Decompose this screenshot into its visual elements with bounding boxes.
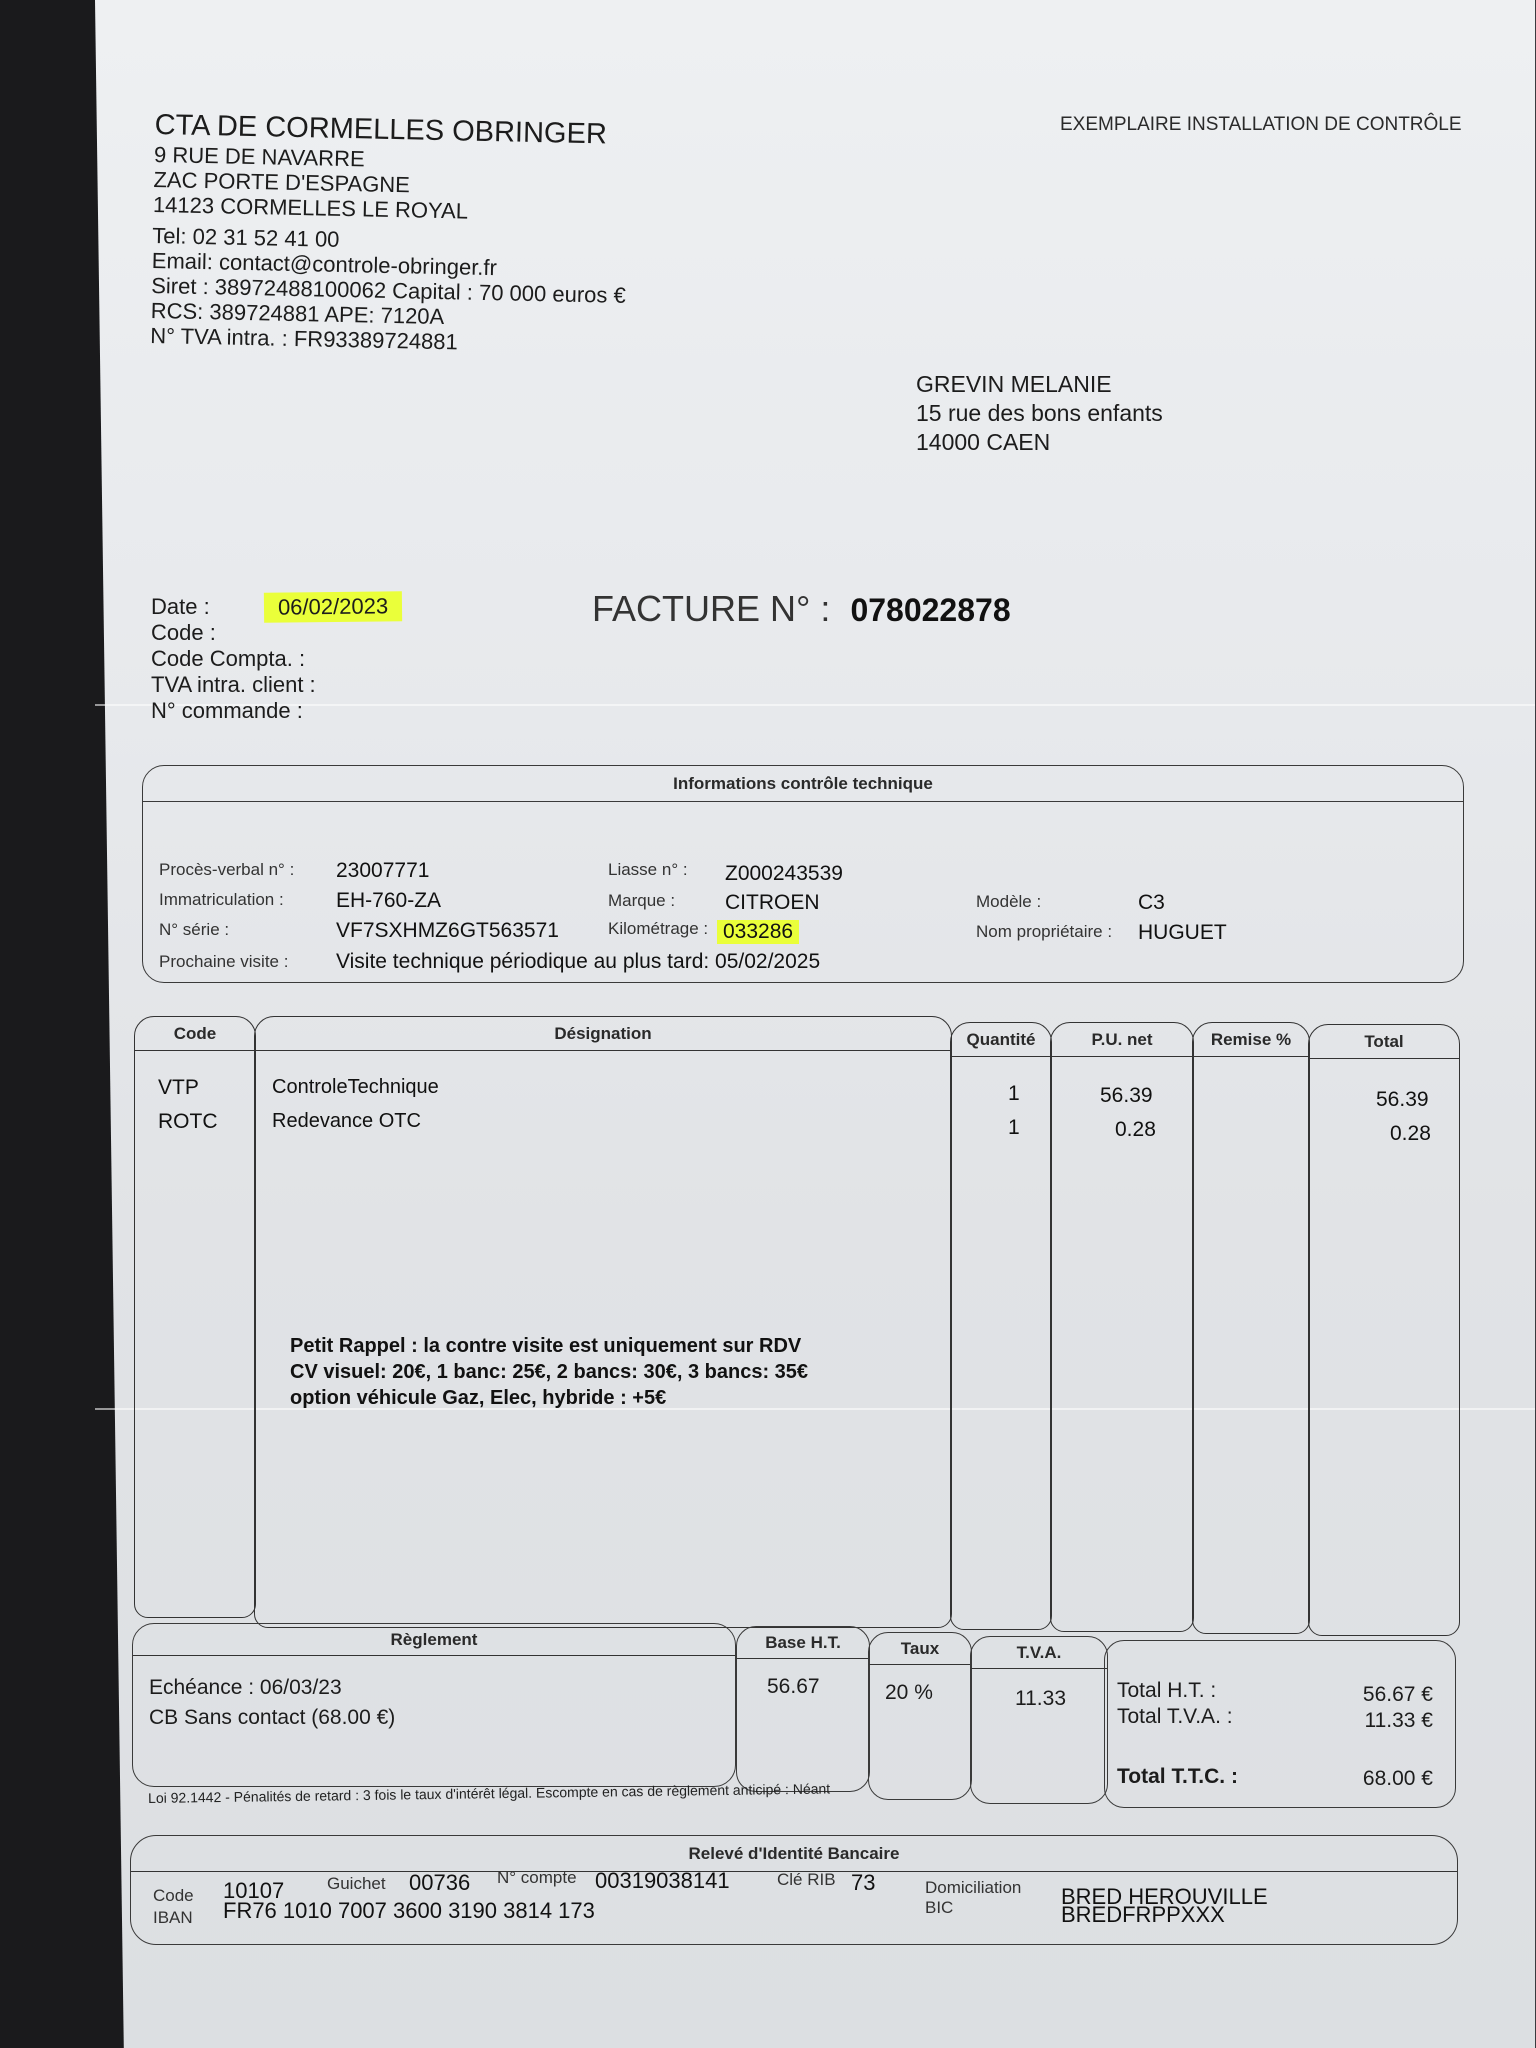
column-header-total: Total <box>1309 1025 1459 1059</box>
column-code: Code <box>134 1016 256 1618</box>
meta-tva-client-label: TVA intra. client : <box>151 672 402 698</box>
total-ht-label: Total H.T. : <box>1117 1679 1216 1703</box>
invoice-number: 078022878 <box>850 592 1010 628</box>
row-designation: ControleTechnique <box>272 1076 439 1099</box>
vehicle-info-box: Informations contrôle technique Procès-v… <box>142 765 1464 983</box>
modele-label: Modèle : <box>976 892 1041 912</box>
payment-due-date: Echéance : 06/03/23 <box>149 1676 342 1700</box>
proprio-label: Nom propriétaire : <box>976 922 1112 942</box>
payment-box: Règlement Echéance : 06/03/23 CB Sans co… <box>132 1623 736 1787</box>
total-ttc-label: Total T.T.C. : <box>1117 1765 1238 1789</box>
invoice-meta: Date : 06/02/2023 Code : Code Compta. : … <box>151 594 402 724</box>
rib-iban-label: IBAN <box>153 1908 193 1928</box>
copy-label: EXEMPLAIRE INSTALLATION DE CONTRÔLE <box>1060 114 1462 136</box>
totals-box: Total H.T. : 56.67 € Total T.V.A. : 11.3… <box>1104 1640 1456 1808</box>
modele-value: C3 <box>1138 891 1165 915</box>
rib-compte-label: N° compte <box>497 1868 577 1888</box>
total-tva-value: 11.33 € <box>1364 1709 1433 1733</box>
client-address: GREVIN MELANIE 15 rue des bons enfants 1… <box>916 370 1163 457</box>
taux-value: 20 % <box>885 1681 933 1705</box>
total-tva-label: Total T.V.A. : <box>1117 1705 1233 1729</box>
column-header-quantite: Quantité <box>951 1023 1051 1057</box>
rib-compte-value: 00319038141 <box>595 1868 730 1894</box>
tva-label: T.V.A. <box>971 1637 1107 1669</box>
row-designation: Redevance OTC <box>272 1110 421 1133</box>
column-quantite: Quantité <box>950 1022 1052 1630</box>
row-total: 56.39 <box>1376 1088 1429 1112</box>
liasse-value: Z000243539 <box>725 862 843 886</box>
client-street: 15 rue des bons enfants <box>916 399 1163 428</box>
immat-label: Immatriculation : <box>159 890 284 910</box>
row-quantite: 1 <box>1008 1116 1020 1140</box>
rib-guichet-label: Guichet <box>327 1874 386 1894</box>
date-label: Date : <box>151 594 210 620</box>
rib-cle-label: Clé RIB <box>777 1870 836 1890</box>
column-pu: P.U. net <box>1050 1022 1194 1632</box>
meta-code-compta-label: Code Compta. : <box>151 646 402 672</box>
next-visit-label: Prochaine visite : <box>159 952 288 972</box>
immat-value: EH-760-ZA <box>336 889 441 913</box>
note-line: Petit Rappel : la contre visite est uniq… <box>290 1333 808 1359</box>
client-city: 14000 CAEN <box>916 428 1163 457</box>
company-block: CTA DE CORMELLES OBRINGER 9 RUE DE NAVAR… <box>150 108 630 358</box>
column-designation: Désignation <box>254 1016 952 1628</box>
base-ht-box: Base H.T. 56.67 <box>736 1626 870 1792</box>
rib-cle-value: 73 <box>851 1870 875 1896</box>
row-pu: 0.28 <box>1115 1118 1156 1142</box>
total-ht-value: 56.67 € <box>1363 1683 1433 1707</box>
meta-date-row: Date : 06/02/2023 <box>151 594 402 620</box>
serie-label: N° série : <box>159 920 229 940</box>
base-ht-label: Base H.T. <box>737 1627 869 1659</box>
meta-code-label: Code : <box>151 620 402 646</box>
payment-title: Règlement <box>133 1624 735 1656</box>
row-quantite: 1 <box>1008 1082 1020 1106</box>
reminder-note: Petit Rappel : la contre visite est uniq… <box>290 1333 808 1411</box>
bank-details-title: Relevé d'Identité Bancaire <box>131 1836 1457 1872</box>
km-label: Kilométrage : <box>608 919 708 939</box>
taux-label: Taux <box>869 1633 971 1665</box>
base-ht-value: 56.67 <box>767 1675 820 1699</box>
marque-label: Marque : <box>608 891 675 911</box>
note-line: CV visuel: 20€, 1 banc: 25€, 2 bancs: 30… <box>290 1359 808 1385</box>
rib-code-label: Code <box>153 1886 194 1906</box>
rib-iban-value: FR76 1010 7007 3600 3190 3814 173 <box>223 1898 595 1924</box>
pv-label: Procès-verbal n° : <box>159 860 294 880</box>
rib-domiciliation-label: Domiciliation <box>925 1878 1021 1898</box>
proprio-value: HUGUET <box>1138 921 1227 945</box>
rib-bic-label: BIC <box>925 1898 953 1918</box>
row-code: VTP <box>158 1076 199 1100</box>
liasse-label: Liasse n° : <box>608 860 688 880</box>
row-pu: 56.39 <box>1100 1084 1153 1108</box>
column-header-pu: P.U. net <box>1051 1023 1193 1057</box>
note-line: option véhicule Gaz, Elec, hybride : +5€ <box>290 1385 808 1411</box>
row-code: ROTC <box>158 1110 218 1134</box>
date-value-highlighted: 06/02/2023 <box>264 591 402 622</box>
next-visit-value: Visite technique périodique au plus tard… <box>336 950 820 974</box>
tva-box: T.V.A. 11.33 <box>970 1636 1108 1804</box>
payment-method: CB Sans contact (68.00 €) <box>149 1706 395 1730</box>
column-total: Total <box>1308 1024 1460 1636</box>
column-header-code: Code <box>135 1017 255 1051</box>
column-remise: Remise % <box>1192 1022 1310 1634</box>
invoice-title: FACTURE N° : 078022878 <box>592 588 1011 630</box>
serie-value: VF7SXHMZ6GT563571 <box>336 919 559 943</box>
km-value-highlighted: 033286 <box>717 920 799 944</box>
total-ttc-value: 68.00 € <box>1363 1767 1433 1791</box>
column-header-remise: Remise % <box>1193 1023 1309 1057</box>
meta-commande-label: N° commande : <box>151 698 402 724</box>
bank-details-box: Relevé d'Identité Bancaire Code 10107 Gu… <box>130 1835 1458 1945</box>
rib-guichet-value: 00736 <box>409 1870 470 1896</box>
invoice-title-label: FACTURE N° : <box>592 588 830 629</box>
pv-value: 23007771 <box>336 859 429 883</box>
row-total: 0.28 <box>1390 1122 1431 1146</box>
taux-box: Taux 20 % <box>868 1632 972 1800</box>
rib-bic-value: BREDFRPPXXX <box>1061 1902 1225 1928</box>
client-name: GREVIN MELANIE <box>916 370 1163 399</box>
vehicle-info-title: Informations contrôle technique <box>143 766 1463 802</box>
tva-value: 11.33 <box>1015 1687 1066 1711</box>
column-header-designation: Désignation <box>255 1017 951 1051</box>
marque-value: CITROEN <box>725 891 820 915</box>
